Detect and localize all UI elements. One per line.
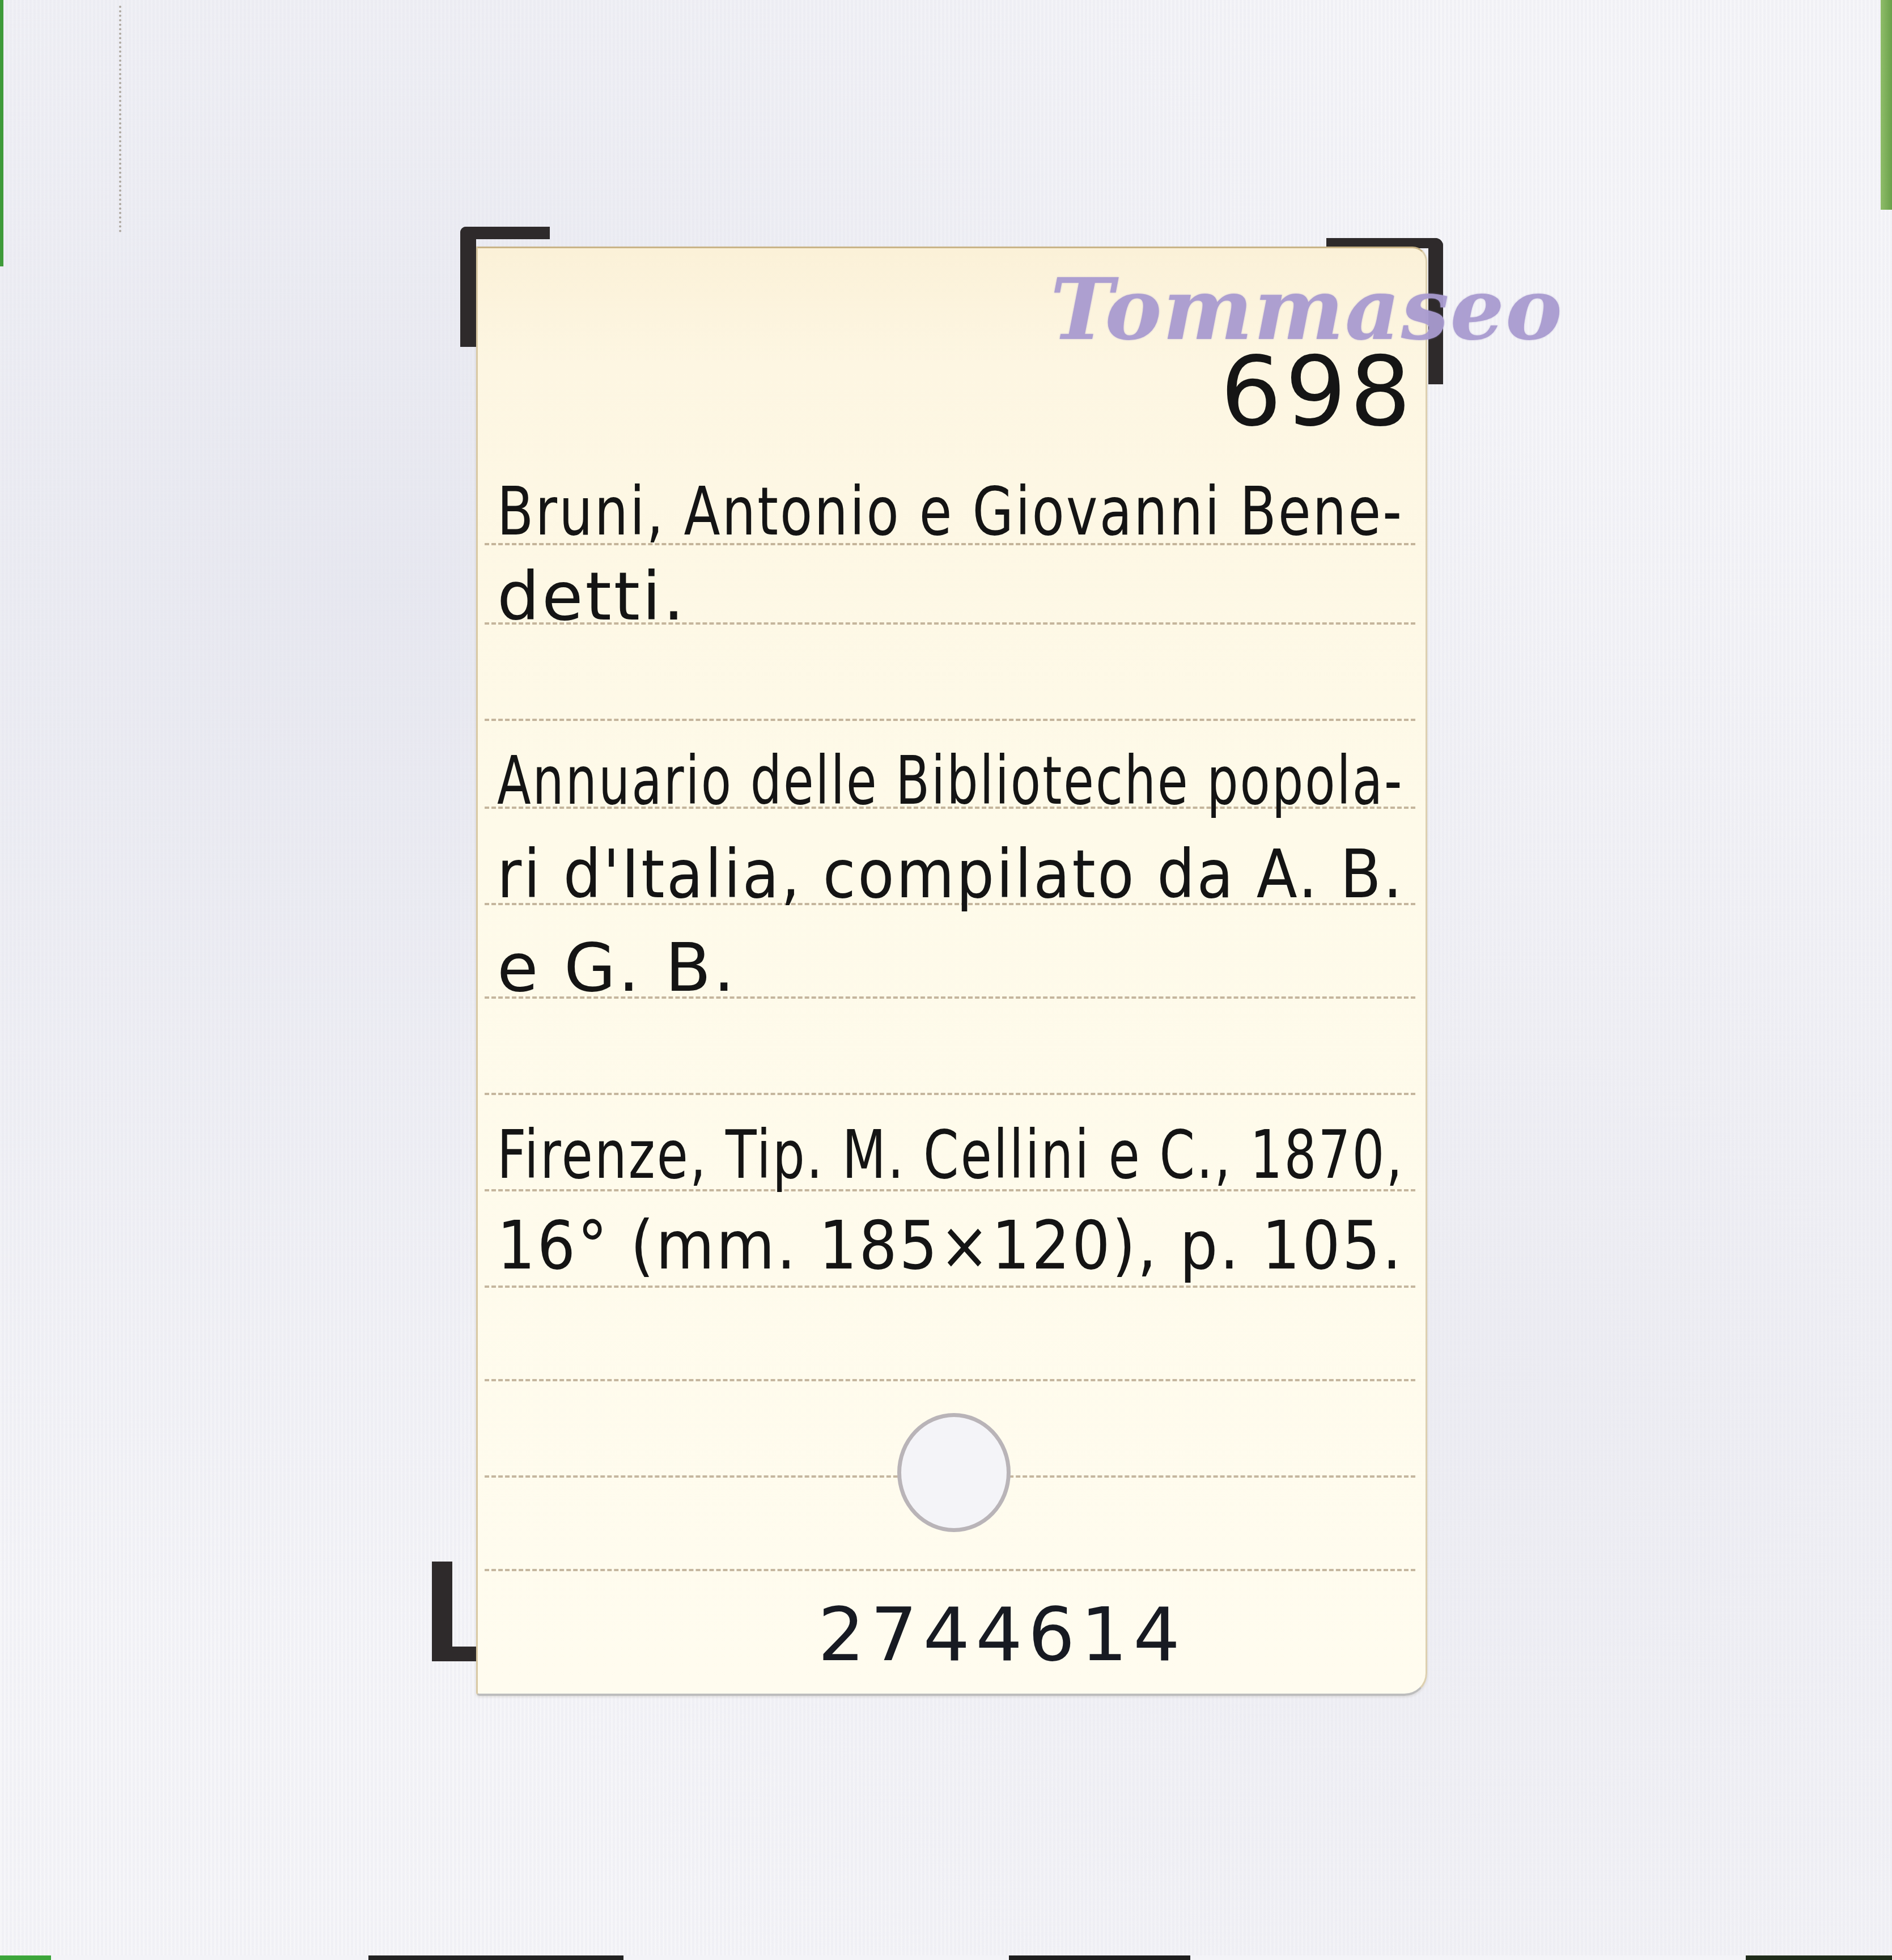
punch-hole bbox=[897, 1413, 1011, 1532]
imprint-line-2: 16° (mm. 185×120), p. 105. bbox=[497, 1206, 1403, 1284]
ruled-line bbox=[485, 1569, 1415, 1571]
ruled-line bbox=[485, 1286, 1415, 1288]
scan-edge-left-green bbox=[0, 0, 3, 266]
author-heading-line-2: detti. bbox=[497, 557, 686, 635]
catalog-card: Tommaseo 698 Bruni, Antonio e Giovanni B… bbox=[476, 247, 1427, 1696]
ruled-line bbox=[485, 1093, 1415, 1095]
inventory-number: 2744614 bbox=[818, 1592, 1186, 1678]
title-line-2: ri d'Italia, compilato da A. B. bbox=[497, 835, 1404, 913]
shelfmark-number: 698 bbox=[1220, 336, 1414, 448]
scan-edge-bottom bbox=[0, 1955, 1892, 1960]
author-heading-line-1: Bruni, Antonio e Giovanni Bene- bbox=[497, 472, 1403, 550]
title-line-3: e G. B. bbox=[497, 928, 737, 1007]
ruled-line bbox=[485, 1379, 1415, 1381]
imprint-line-1: Firenze, Tip. M. Cellini e C., 1870, bbox=[497, 1115, 1404, 1194]
title-line-1: Annuario delle Biblioteche popola- bbox=[497, 741, 1404, 820]
ruled-line bbox=[485, 719, 1415, 721]
scan-edge-right-green bbox=[1881, 0, 1892, 210]
perforation-mark bbox=[96, 6, 121, 232]
